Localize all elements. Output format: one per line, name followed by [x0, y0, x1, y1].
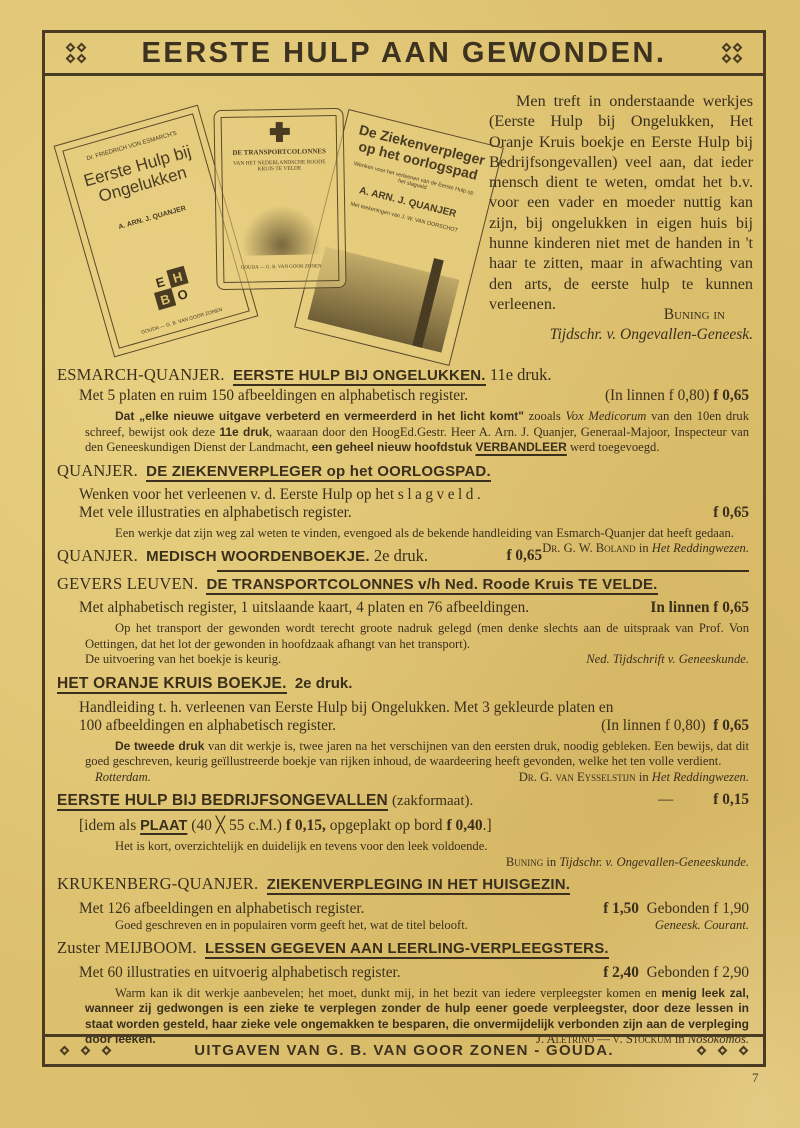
entry-description: Handleiding t. h. verleenen van Eerste H…: [57, 699, 749, 717]
review-text: Een werkje dat zijn weg zal weten te vin…: [115, 526, 734, 540]
entry-desc-text: Met 126 afbeeldingen en alphabetisch reg…: [79, 900, 364, 918]
citation-place: Rotterdam.: [95, 770, 151, 786]
entry-price: f 0,65: [713, 717, 749, 734]
price-dash: —: [658, 791, 713, 808]
entry-price: In linnen f 0,65: [650, 599, 749, 617]
review-text: Goed geschreven en in populairen vorm ge…: [115, 918, 468, 934]
entry-desc-text: Handleiding t. h. verleenen van Eerste H…: [79, 699, 613, 717]
entry-edition: 11e druk.: [490, 365, 552, 384]
review-citation: Dr. G. van Eysselstijn in Het Reddingwez…: [519, 770, 749, 786]
book-entry: HET ORANJE KRUIS BOEKJE. 2e druk. Handle…: [57, 671, 749, 786]
entry-desc-spaced: slagveld.: [398, 486, 484, 503]
entry-title: HET ORANJE KRUIS BOEKJE.: [57, 675, 287, 694]
plate-text: opgeplakt op bord: [326, 817, 447, 834]
advertisement-frame: EERSTE HULP AAN GEWONDEN. Dr. FRIEDRICH …: [42, 30, 766, 1067]
entry-review: Het is kort, overzichtelijk en duidelijk…: [57, 839, 749, 855]
entry-author: QUANJER.: [57, 461, 138, 480]
entry-price-bound: Gebonden f 1,90: [647, 900, 749, 917]
diamond-row-icon: [61, 1047, 110, 1054]
entry-description: Wenken voor het verleenen v. d. Eerste H…: [57, 486, 749, 504]
entry-description: Met alphabetisch register, 1 uitslaande …: [57, 599, 749, 617]
entry-desc-text: Wenken voor het verleenen v. d. Eerste H…: [79, 486, 484, 504]
review-citation: Buning in Tijdschr. v. Ongevallen-Genees…: [506, 855, 749, 871]
citation-source: Het Reddingwezen.: [652, 541, 749, 555]
entry-price: f 0,65: [506, 544, 542, 568]
book-entry: Zuster MEIJBOOM. LESSEN GEGEVEN AAN LEER…: [57, 936, 749, 1048]
publisher-line: UITGAVEN VAN G. B. VAN GOOR ZONEN - GOUD…: [194, 1042, 614, 1059]
entry-heading: KRUKENBERG-QUANJER. ZIEKENVERPLEGING IN …: [57, 872, 749, 896]
entry-heading-left: QUANJER. MEDISCH WOORDENBOEKJE. 2e druk.: [57, 544, 428, 568]
citation-source: Het Reddingwezen.: [652, 770, 749, 784]
review-text: zooals: [524, 409, 566, 423]
entry-author: Zuster MEIJBOOM.: [57, 938, 197, 957]
review-underlined: VERBANDLEER: [475, 440, 566, 454]
review-source: Vox Medicorum: [566, 409, 647, 423]
plate-text: [idem als: [79, 817, 140, 834]
entry-price-bound: Gebonden f 2,90: [647, 964, 749, 981]
entry-description: Met 126 afbeeldingen en alphabetisch reg…: [57, 900, 749, 918]
citation-author: Buning: [506, 855, 543, 869]
plate-price: f 0,15,: [286, 817, 326, 834]
entry-price: f 0,15: [713, 791, 749, 808]
entry-heading: EERSTE HULP BIJ BEDRIJFSONGEVALLEN (zakf…: [57, 788, 749, 813]
entry-price: f 2,40: [603, 964, 639, 981]
entry-heading-left: EERSTE HULP BIJ BEDRIJFSONGEVALLEN (zakf…: [57, 788, 473, 813]
entry-title: EERSTE HULP BIJ ONGELUKKEN.: [233, 367, 486, 386]
entry-review-citation: Rotterdam. Dr. G. van Eysselstijn in Het…: [57, 770, 749, 786]
entry-desc-text: Met alphabetisch register, 1 uitslaande …: [79, 599, 529, 617]
entry-desc-text: Met 60 illustraties en uitvoerig alphabe…: [79, 964, 401, 982]
entry-plate-text: [idem als PLAAT (40 ╳ 55 c.M.) f 0,15, o…: [79, 817, 492, 835]
page-title: EERSTE HULP AAN GEWONDEN.: [142, 37, 667, 70]
entry-price-group: f 2,40 Gebonden f 2,90: [603, 964, 749, 982]
entry-heading: ESMARCH-QUANJER. EERSTE HULP BIJ ONGELUK…: [57, 363, 749, 387]
citation-source: Tijdschr. v. Ongevallen-Geneeskunde.: [559, 855, 749, 869]
page-header: EERSTE HULP AAN GEWONDEN.: [45, 33, 763, 76]
entry-review: Een werkje dat zijn weg zal weten te vin…: [57, 526, 749, 542]
book-cover-transportcolonnes: DE TRANSPORTCOLONNES VAN HET NEDERLANDSC…: [213, 108, 346, 290]
stretcher-bearers-picture: [241, 204, 322, 255]
diamond-row-icon: [698, 1047, 747, 1054]
entry-review: Goed geschreven en in populairen vorm ge…: [57, 918, 749, 934]
plate-size: (40 ╳ 55 c.M.): [187, 817, 285, 834]
intro-citation: Buning in Tijdschr. v. Ongevallen-Genees…: [489, 305, 753, 345]
citation-source: Tijdschr. v. Ongevallen-Geneesk.: [489, 325, 753, 345]
plate-text: .]: [483, 817, 492, 834]
citation-source: Ned. Tijdschrift v. Geneeskunde.: [586, 652, 749, 668]
entry-heading: GEVERS LEUVEN. DE TRANSPORTCOLONNES v/h …: [57, 572, 749, 596]
book-entry: GEVERS LEUVEN. DE TRANSPORTCOLONNES v/h …: [57, 572, 749, 668]
diamond-ornament-icon: [65, 42, 87, 64]
review-text: werd toegevoegd.: [567, 440, 660, 454]
entry-description: Met 5 platen en ruim 150 afbeeldingen en…: [57, 387, 749, 405]
entry-format: (zakformaat).: [392, 793, 473, 809]
red-cross-icon-bar: [270, 128, 290, 135]
entry-heading: Zuster MEIJBOOM. LESSEN GEGEVEN AAN LEER…: [57, 936, 749, 960]
entry-desc-part: Wenken voor het verleenen v. d. Eerste H…: [79, 486, 398, 503]
plate-price-board: f 0,40: [446, 817, 482, 834]
entry-author: QUANJER.: [57, 546, 138, 565]
book-covers-illustration: Dr. FRIEDRICH VON ESMARCH'S Eerste Hulp …: [59, 85, 489, 370]
review-bold: een geheel nieuw hoofdstuk: [312, 440, 473, 454]
entry-author: ESMARCH-QUANJER.: [57, 365, 225, 384]
book-entry: QUANJER. DE ZIEKENVERPLEGER op het OORLO…: [57, 459, 749, 542]
entry-price: f 1,50: [603, 900, 639, 917]
entry-review-last: De uitvoering van het boekje is keurig. …: [57, 652, 749, 668]
entry-price-cloth: (In linnen f 0,80): [605, 387, 710, 404]
citation-author: Dr. G. W. Boland: [542, 541, 635, 555]
entry-edition: 2e druk.: [295, 675, 353, 692]
entry-review: Dat „elke nieuwe uitgave verbeterd en ve…: [57, 409, 749, 456]
review-citation: Dr. G. W. Boland in Het Reddingwezen.: [542, 541, 749, 557]
citation-source: Geneesk. Courant.: [655, 918, 749, 934]
entry-price-cloth: (In linnen f 0,80): [601, 717, 706, 734]
review-bold: De tweede druk: [115, 739, 204, 753]
entry-heading: QUANJER. MEDISCH WOORDENBOEKJE. 2e druk.…: [57, 544, 542, 568]
entry-title: LESSEN GEGEVEN AAN LEERLING-VERPLEEGSTER…: [205, 940, 609, 959]
plate-label: PLAAT: [140, 818, 187, 834]
entry-review: De tweede druk van dit werkje is, twee j…: [57, 739, 749, 770]
book-entry: EERSTE HULP BIJ BEDRIJFSONGEVALLEN (zakf…: [57, 788, 749, 870]
review-text: Warm kan ik dit werkje aanbevelen; het m…: [115, 986, 662, 1000]
entry-price-group: f 1,50 Gebonden f 1,90: [603, 900, 749, 918]
entry-author: GEVERS LEUVEN.: [57, 574, 198, 593]
book-cover-subtitle: VAN HET NEDERLANDSCHE ROODE KRUIS TE VEL…: [215, 159, 343, 173]
book-entry: ESMARCH-QUANJER. EERSTE HULP BIJ ONGELUK…: [57, 363, 749, 456]
entry-title: EERSTE HULP BIJ BEDRIJFSONGEVALLEN: [57, 792, 388, 811]
book-entry: KRUKENBERG-QUANJER. ZIEKENVERPLEGING IN …: [57, 872, 749, 934]
citation-author: Buning in: [489, 305, 753, 325]
entry-price: f 0,65: [713, 504, 749, 522]
review-bold: 11e druk: [219, 425, 269, 439]
entry-description: Met vele illustraties en alphabetisch re…: [57, 504, 749, 522]
page-footer: UITGAVEN VAN G. B. VAN GOOR ZONEN - GOUD…: [45, 1034, 763, 1064]
entry-title: DE ZIEKENVERPLEGER op het OORLOGSPAD.: [146, 463, 491, 482]
entry-desc-text: 100 afbeeldingen en alphabetisch registe…: [79, 717, 336, 735]
entry-price-group: (In linnen f 0,80) f 0,65: [605, 387, 749, 405]
page-number: 7: [752, 1070, 759, 1086]
book-list: ESMARCH-QUANJER. EERSTE HULP BIJ ONGELUK…: [57, 363, 749, 1048]
entry-title: DE TRANSPORTCOLONNES v/h Ned. Roode Krui…: [206, 576, 657, 595]
diamond-ornament-icon: [721, 42, 743, 64]
entry-title: ZIEKENVERPLEGING IN HET HUISGEZIN.: [267, 876, 571, 895]
entry-price: f 0,65: [713, 387, 749, 404]
review-quote: Dat „elke nieuwe uitgave verbeterd en ve…: [115, 409, 524, 423]
entry-description: Met 60 illustraties en uitvoerig alphabe…: [57, 964, 749, 982]
intro-paragraph: Men treft in onderstaande werkjes (Eerst…: [489, 91, 753, 314]
citation-in: in: [636, 770, 652, 784]
citation-author: Dr. G. van Eysselstijn: [519, 770, 636, 784]
entry-heading: QUANJER. DE ZIEKENVERPLEGER op het OORLO…: [57, 459, 749, 483]
entry-review-citation: Buning in Tijdschr. v. Ongevallen-Genees…: [57, 855, 749, 871]
entry-desc-text: Met 5 platen en ruim 150 afbeeldingen en…: [79, 387, 468, 405]
review-text: De uitvoering van het boekje is keurig.: [85, 652, 281, 668]
entry-author: KRUKENBERG-QUANJER.: [57, 874, 258, 893]
entry-price-group: —f 0,15: [658, 788, 749, 813]
entry-plate-line: [idem als PLAAT (40 ╳ 55 c.M.) f 0,15, o…: [57, 817, 749, 835]
entry-edition: 2e druk.: [374, 546, 428, 565]
citation-in: in: [543, 855, 559, 869]
entry-desc-text: Met vele illustraties en alphabetisch re…: [79, 504, 352, 522]
entry-price-group: (In linnen f 0,80) f 0,65: [601, 717, 749, 735]
entry-heading: HET ORANJE KRUIS BOEKJE. 2e druk.: [57, 671, 749, 695]
entry-review: Op het transport der gewonden wordt tere…: [57, 621, 749, 652]
entry-description: 100 afbeeldingen en alphabetisch registe…: [57, 717, 749, 735]
citation-in: in: [636, 541, 652, 555]
entry-title: MEDISCH WOORDENBOEKJE.: [146, 548, 370, 565]
